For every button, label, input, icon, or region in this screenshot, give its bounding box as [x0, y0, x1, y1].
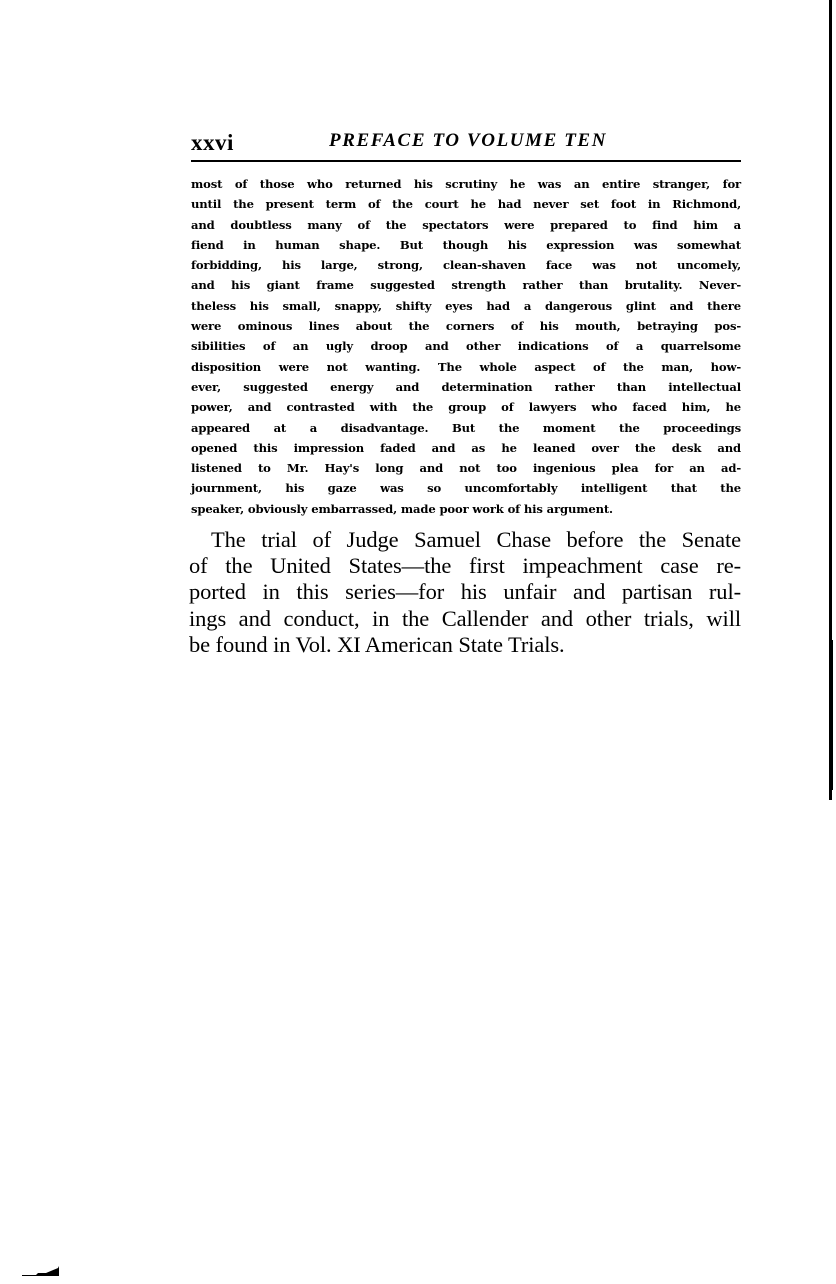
scan-artifact-mark — [22, 1266, 60, 1276]
running-title: PREFACE TO VOLUME TEN — [329, 130, 607, 152]
text-line: listened to Mr. Hay's long and not too i… — [191, 458, 741, 478]
large-print-paragraph: The trial of Judge Samuel Chase before t… — [189, 527, 741, 658]
text-line: and doubtless many of the spectators wer… — [191, 215, 741, 235]
text-line: sibilities of an ugly droop and other in… — [191, 336, 741, 356]
text-line: until the present term of the court he h… — [191, 194, 741, 214]
text-line: were ominous lines about the corners of … — [191, 316, 741, 336]
text-line: opened this impression faded and as he l… — [191, 438, 741, 458]
page-header: xxvi PREFACE TO VOLUME TEN — [191, 128, 743, 158]
text-line: fiend in human shape. But though his exp… — [191, 235, 741, 255]
text-line: of the United States—the first impeachme… — [189, 553, 741, 579]
text-line: journment, his gaze was so uncomfortably… — [191, 478, 741, 498]
text-line: be found in Vol. XI American State Trial… — [189, 632, 741, 658]
text-line: ever, suggested energy and determination… — [191, 377, 741, 397]
page-number: xxvi — [191, 130, 234, 156]
text-line: theless his small, snappy, shifty eyes h… — [191, 296, 741, 316]
text-line: most of those who returned his scrutiny … — [191, 174, 741, 194]
text-line: power, and contrasted with the group of … — [191, 397, 741, 417]
text-line: speaker, obviously embarrassed, made poo… — [191, 499, 741, 519]
small-print-paragraph: most of those who returned his scrutiny … — [191, 174, 741, 519]
text-line: disposition were not wanting. The whole … — [191, 357, 741, 377]
header-rule — [191, 160, 741, 162]
text-line: and his giant frame suggested strength r… — [191, 275, 741, 295]
text-line: ported in this series—for his unfair and… — [189, 579, 741, 605]
text-line: forbidding, his large, strong, clean-sha… — [191, 255, 741, 275]
scan-page-edge-lower — [832, 640, 833, 790]
text-line: appeared at a disadvantage. But the mome… — [191, 418, 741, 438]
text-line: The trial of Judge Samuel Chase before t… — [189, 527, 741, 553]
text-line: ings and conduct, in the Callender and o… — [189, 606, 741, 632]
book-page: xxvi PREFACE TO VOLUME TEN most of those… — [0, 0, 836, 1284]
